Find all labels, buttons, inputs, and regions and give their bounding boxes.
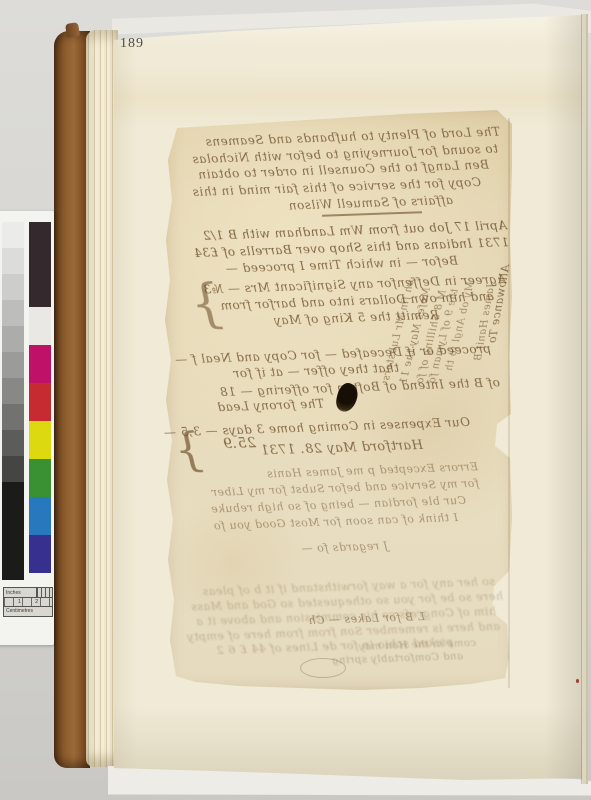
grayscale-step <box>2 300 24 326</box>
grayscale-step <box>2 482 24 580</box>
calibration-ruler: Inches 1 2 Centimetres <box>3 587 53 617</box>
color-patch-yellow <box>29 421 51 459</box>
ruler-cm-ticks: 1 2 <box>4 598 52 607</box>
grayscale-step <box>2 222 24 248</box>
color-patch-green <box>29 459 51 497</box>
color-patch-violet <box>29 535 51 573</box>
red-fiber-speck <box>576 679 579 683</box>
page-number: 189 <box>120 36 144 52</box>
spine-headband <box>65 22 80 38</box>
grayscale-step <box>2 248 24 274</box>
calibration-card: Inches 1 2 Centimetres <box>0 211 54 645</box>
grayscale-step <box>2 326 24 352</box>
ruler-inches-label: Inches <box>4 590 36 596</box>
grayscale-step <box>2 456 24 482</box>
photo-canvas: 189 The Lord of Plenty to hufbands and S… <box>0 0 591 800</box>
ruler-number-1: 1 <box>18 599 21 605</box>
color-patch-red <box>29 383 51 421</box>
grayscale-step <box>2 274 24 300</box>
book-spine <box>54 31 90 768</box>
grayscale-strip <box>2 222 24 580</box>
ruler-centimetres-label: Centimetres <box>4 607 52 614</box>
ruler-inch-ticks <box>36 588 52 597</box>
page-right-edge <box>581 14 588 784</box>
color-patch-black <box>29 222 51 307</box>
grayscale-step <box>2 404 24 430</box>
color-patch-strip <box>29 222 51 573</box>
grayscale-step <box>2 430 24 456</box>
manuscript-sheet <box>164 106 518 692</box>
color-patch-blue <box>29 497 51 535</box>
color-patch-white <box>29 307 51 345</box>
grayscale-step <box>2 352 24 378</box>
grayscale-step <box>2 378 24 404</box>
ruler-number-2: 2 <box>35 599 38 605</box>
color-patch-magenta <box>29 345 51 383</box>
page-stack-edges <box>86 30 118 767</box>
